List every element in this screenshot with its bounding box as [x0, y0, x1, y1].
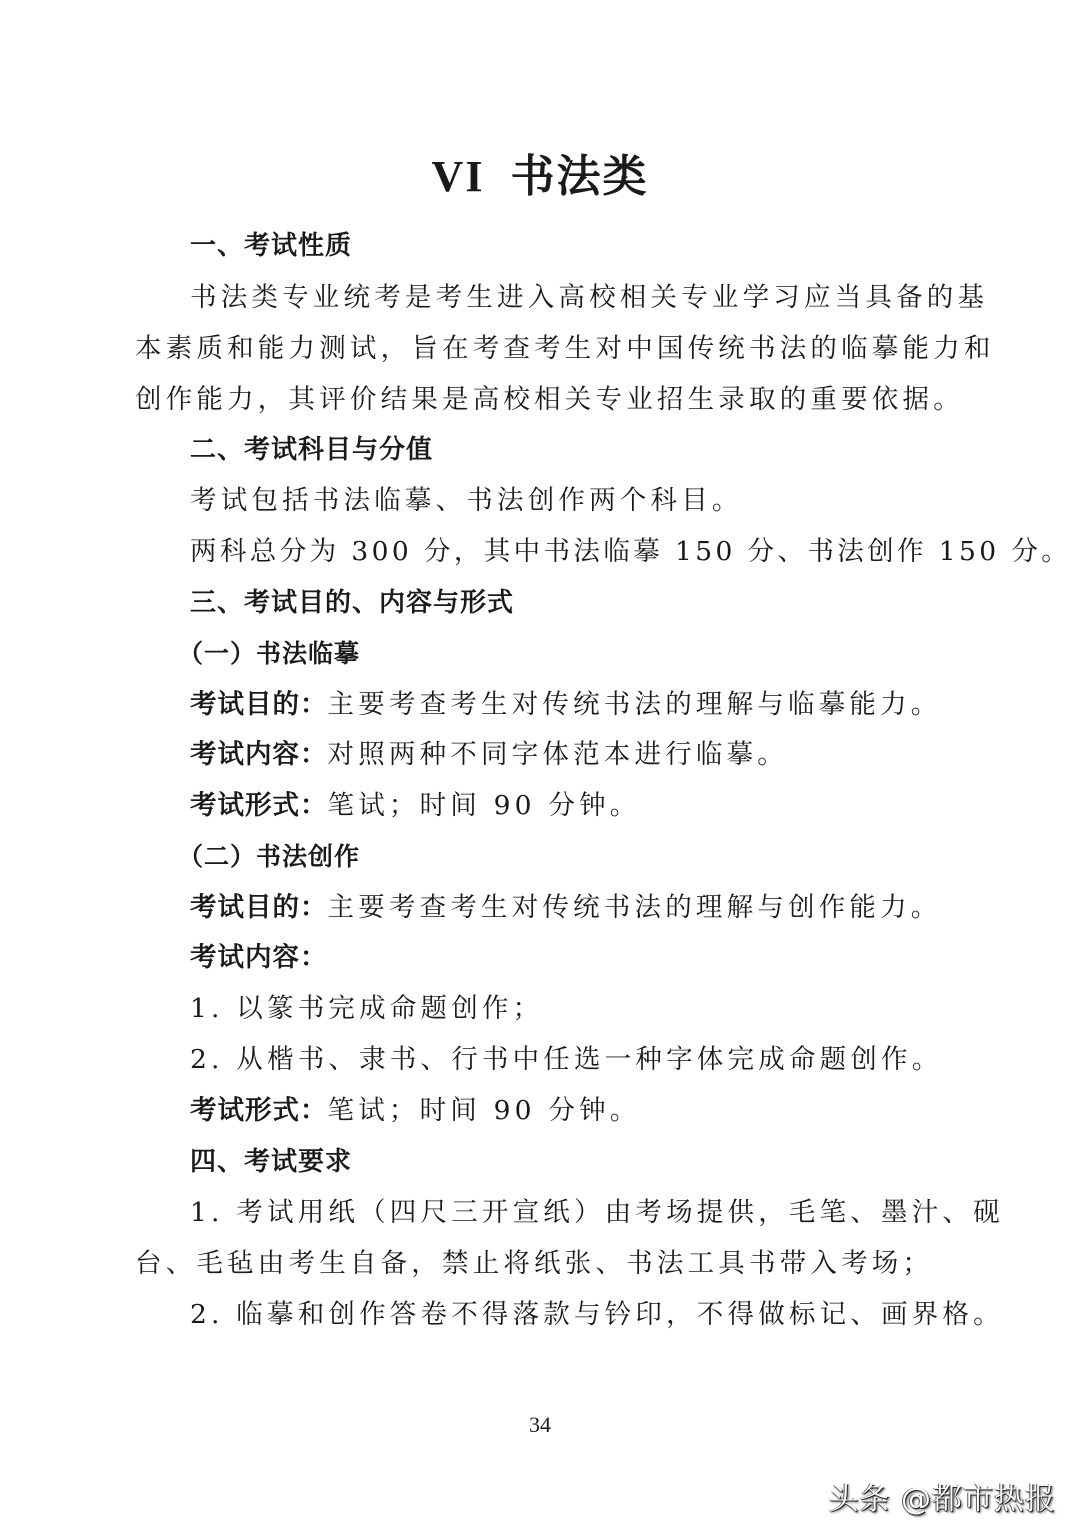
paragraph-line: 创作能力，其评价结果是高校相关专业招生录取的重要依据。 [135, 382, 950, 418]
page-title: VI书法类 [0, 140, 1080, 204]
paragraph-line: 考试包括书法临摹、书法创作两个科目。 [190, 483, 950, 519]
title-text: 书法类 [510, 151, 648, 202]
subsection-heading-1: （一）书法临摹 [178, 636, 993, 672]
item-line: 考试内容：对照两种不同字体范本进行临摹。 [190, 737, 950, 773]
item-text: 主要考查考生对传统书法的理解与创作能力。 [328, 892, 942, 923]
document-page: VI书法类 一、考试性质 书法类专业统考是考生进入高校相关专业学习应当具备的基 … [0, 0, 1080, 1527]
item-text: 主要考查考生对传统书法的理解与临摹能力。 [328, 689, 942, 720]
item-text: 笔试；时间 90 分钟。 [328, 1095, 641, 1126]
item-text: 笔试；时间 90 分钟。 [328, 790, 641, 821]
item-line: 考试目的：主要考查考生对传统书法的理解与创作能力。 [190, 890, 950, 926]
section-heading-2: 二、考试科目与分值 [190, 432, 1005, 468]
item-line: 考试形式：笔试；时间 90 分钟。 [190, 788, 950, 824]
item-label: 考试目的： [190, 689, 328, 720]
item-line: 考试内容： [190, 940, 950, 976]
paragraph-line: 两科总分为 300 分，其中书法临摹 150 分、书法创作 150 分。 [190, 534, 950, 570]
list-item: 2. 从楷书、隶书、行书中任选一种字体完成命题创作。 [190, 1042, 950, 1078]
paragraph-line: 本素质和能力测试，旨在考查考生对中国传统书法的临摹能力和 [135, 331, 950, 367]
list-item: 1. 以篆书完成命题创作； [190, 991, 950, 1027]
subsection-heading-2: （二）书法创作 [178, 839, 993, 875]
title-roman-numeral: VI [432, 152, 485, 201]
item-line: 考试目的：主要考查考生对传统书法的理解与临摹能力。 [190, 687, 950, 723]
page-number: 34 [0, 1412, 1080, 1438]
section-heading-4: 四、考试要求 [190, 1144, 1005, 1180]
paragraph-line: 台、毛毡由考生自备，禁止将纸张、书法工具书带入考场； [135, 1246, 950, 1282]
paragraph-line: 书法类专业统考是考生进入高校相关专业学习应当具备的基 [190, 280, 950, 316]
paragraph-line: 2. 临摹和创作答卷不得落款与钤印，不得做标记、画界格。 [190, 1297, 950, 1333]
item-label: 考试形式： [190, 1095, 328, 1126]
paragraph-line: 1. 考试用纸（四尺三开宣纸）由考场提供，毛笔、墨汁、砚 [190, 1195, 950, 1231]
item-label: 考试内容： [190, 942, 328, 973]
item-label: 考试形式： [190, 790, 328, 821]
section-heading-1: 一、考试性质 [190, 228, 1005, 264]
source-watermark: 头条 @都市热报 [828, 1474, 1056, 1518]
item-line: 考试形式：笔试；时间 90 分钟。 [190, 1093, 950, 1129]
section-heading-3: 三、考试目的、内容与形式 [190, 585, 1005, 621]
item-text: 对照两种不同字体范本进行临摹。 [328, 739, 789, 770]
item-label: 考试内容： [190, 739, 328, 770]
item-label: 考试目的： [190, 892, 328, 923]
